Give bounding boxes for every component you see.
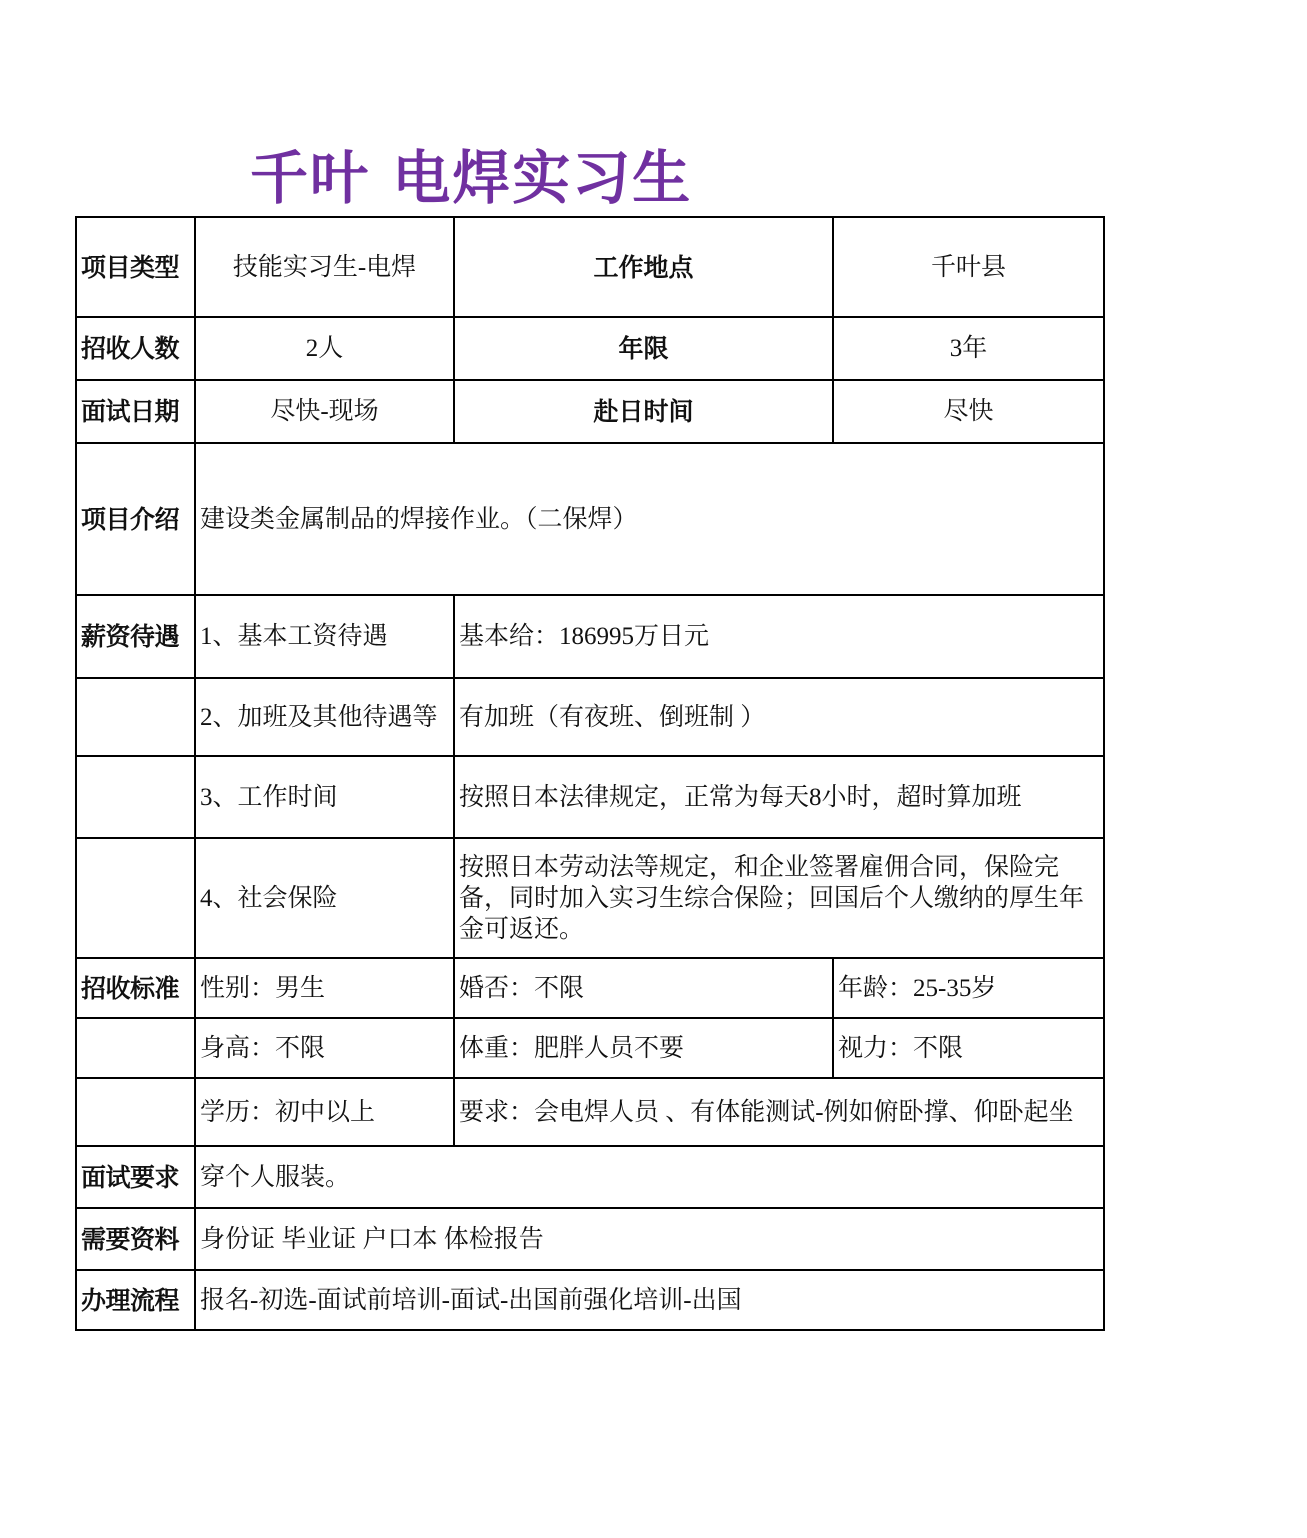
salary-item-name: 3、工作时间: [195, 756, 454, 838]
project-type-label: 项目类型: [76, 217, 195, 317]
process-value: 报名-初选-面试前培训-面试-出国前强化培训-出国: [195, 1270, 1104, 1330]
table-row: 招收人数 2人 年限 3年: [76, 317, 1104, 380]
criteria-marital: 婚否：不限: [454, 958, 833, 1018]
salary-item-name: 1、基本工资待遇: [195, 595, 454, 678]
documents-label: 需要资料: [76, 1208, 195, 1270]
headcount-label: 招收人数: [76, 317, 195, 380]
table-row: 学历：初中以上 要求：会电焊人员 、有体能测试-例如俯卧撑、仰卧起坐: [76, 1078, 1104, 1146]
documents-value: 身份证 毕业证 户口本 体检报告: [195, 1208, 1104, 1270]
table-row: 3、工作时间 按照日本法律规定，正常为每天8小时，超时算加班: [76, 756, 1104, 838]
table-row: 项目介绍 建设类金属制品的焊接作业。（二保焊）: [76, 443, 1104, 595]
interview-requirement-label: 面试要求: [76, 1146, 195, 1208]
empty-cell: [76, 1078, 195, 1146]
table-row: 4、社会保险 按照日本劳动法等规定，和企业签署雇佣合同，保险完备，同时加入实习生…: [76, 838, 1104, 958]
interview-requirement-value: 穿个人服装。: [195, 1146, 1104, 1208]
work-location-value: 千叶县: [833, 217, 1104, 317]
intro-value: 建设类金属制品的焊接作业。（二保焊）: [195, 443, 1104, 595]
criteria-age: 年龄：25-35岁: [833, 958, 1104, 1018]
criteria-vision: 视力：不限: [833, 1018, 1104, 1078]
criteria-education: 学历：初中以上: [195, 1078, 454, 1146]
criteria-label: 招收标准: [76, 958, 195, 1018]
table-row: 面试要求 穿个人服装。: [76, 1146, 1104, 1208]
criteria-requirement: 要求：会电焊人员 、有体能测试-例如俯卧撑、仰卧起坐: [454, 1078, 1104, 1146]
empty-cell: [76, 678, 195, 756]
departure-value: 尽快: [833, 380, 1104, 443]
headcount-value: 2人: [195, 317, 454, 380]
term-value: 3年: [833, 317, 1104, 380]
salary-label: 薪资待遇: [76, 595, 195, 678]
salary-item-value: 按照日本法律规定，正常为每天8小时，超时算加班: [454, 756, 1104, 838]
project-type-value: 技能实习生-电焊: [195, 217, 454, 317]
table-row: 办理流程 报名-初选-面试前培训-面试-出国前强化培训-出国: [76, 1270, 1104, 1330]
departure-label: 赴日时间: [454, 380, 833, 443]
page-title: 千叶 电焊实习生: [250, 138, 692, 218]
interview-date-value: 尽快-现场: [195, 380, 454, 443]
salary-item-name: 4、社会保险: [195, 838, 454, 958]
criteria-weight: 体重：肥胖人员不要: [454, 1018, 833, 1078]
empty-cell: [76, 1018, 195, 1078]
table-row: 项目类型 技能实习生-电焊 工作地点 千叶县: [76, 217, 1104, 317]
criteria-height: 身高：不限: [195, 1018, 454, 1078]
interview-date-label: 面试日期: [76, 380, 195, 443]
intro-label: 项目介绍: [76, 443, 195, 595]
salary-item-value: 基本给：186995万日元: [454, 595, 1104, 678]
table-row: 2、加班及其他待遇等 有加班（有夜班、倒班制 ）: [76, 678, 1104, 756]
criteria-gender: 性别：男生: [195, 958, 454, 1018]
table-row: 薪资待遇 1、基本工资待遇 基本给：186995万日元: [76, 595, 1104, 678]
process-label: 办理流程: [76, 1270, 195, 1330]
salary-item-value: 有加班（有夜班、倒班制 ）: [454, 678, 1104, 756]
salary-item-value: 按照日本劳动法等规定，和企业签署雇佣合同，保险完备，同时加入实习生综合保险；回国…: [454, 838, 1104, 958]
table-row: 面试日期 尽快-现场 赴日时间 尽快: [76, 380, 1104, 443]
table-row: 招收标准 性别：男生 婚否：不限 年龄：25-35岁: [76, 958, 1104, 1018]
term-label: 年限: [454, 317, 833, 380]
table-row: 身高：不限 体重：肥胖人员不要 视力：不限: [76, 1018, 1104, 1078]
empty-cell: [76, 838, 195, 958]
empty-cell: [76, 756, 195, 838]
table-row: 需要资料 身份证 毕业证 户口本 体检报告: [76, 1208, 1104, 1270]
work-location-label: 工作地点: [454, 217, 833, 317]
salary-item-name: 2、加班及其他待遇等: [195, 678, 454, 756]
job-info-table: 项目类型 技能实习生-电焊 工作地点 千叶县 招收人数 2人 年限 3年 面试日…: [75, 216, 1105, 1331]
